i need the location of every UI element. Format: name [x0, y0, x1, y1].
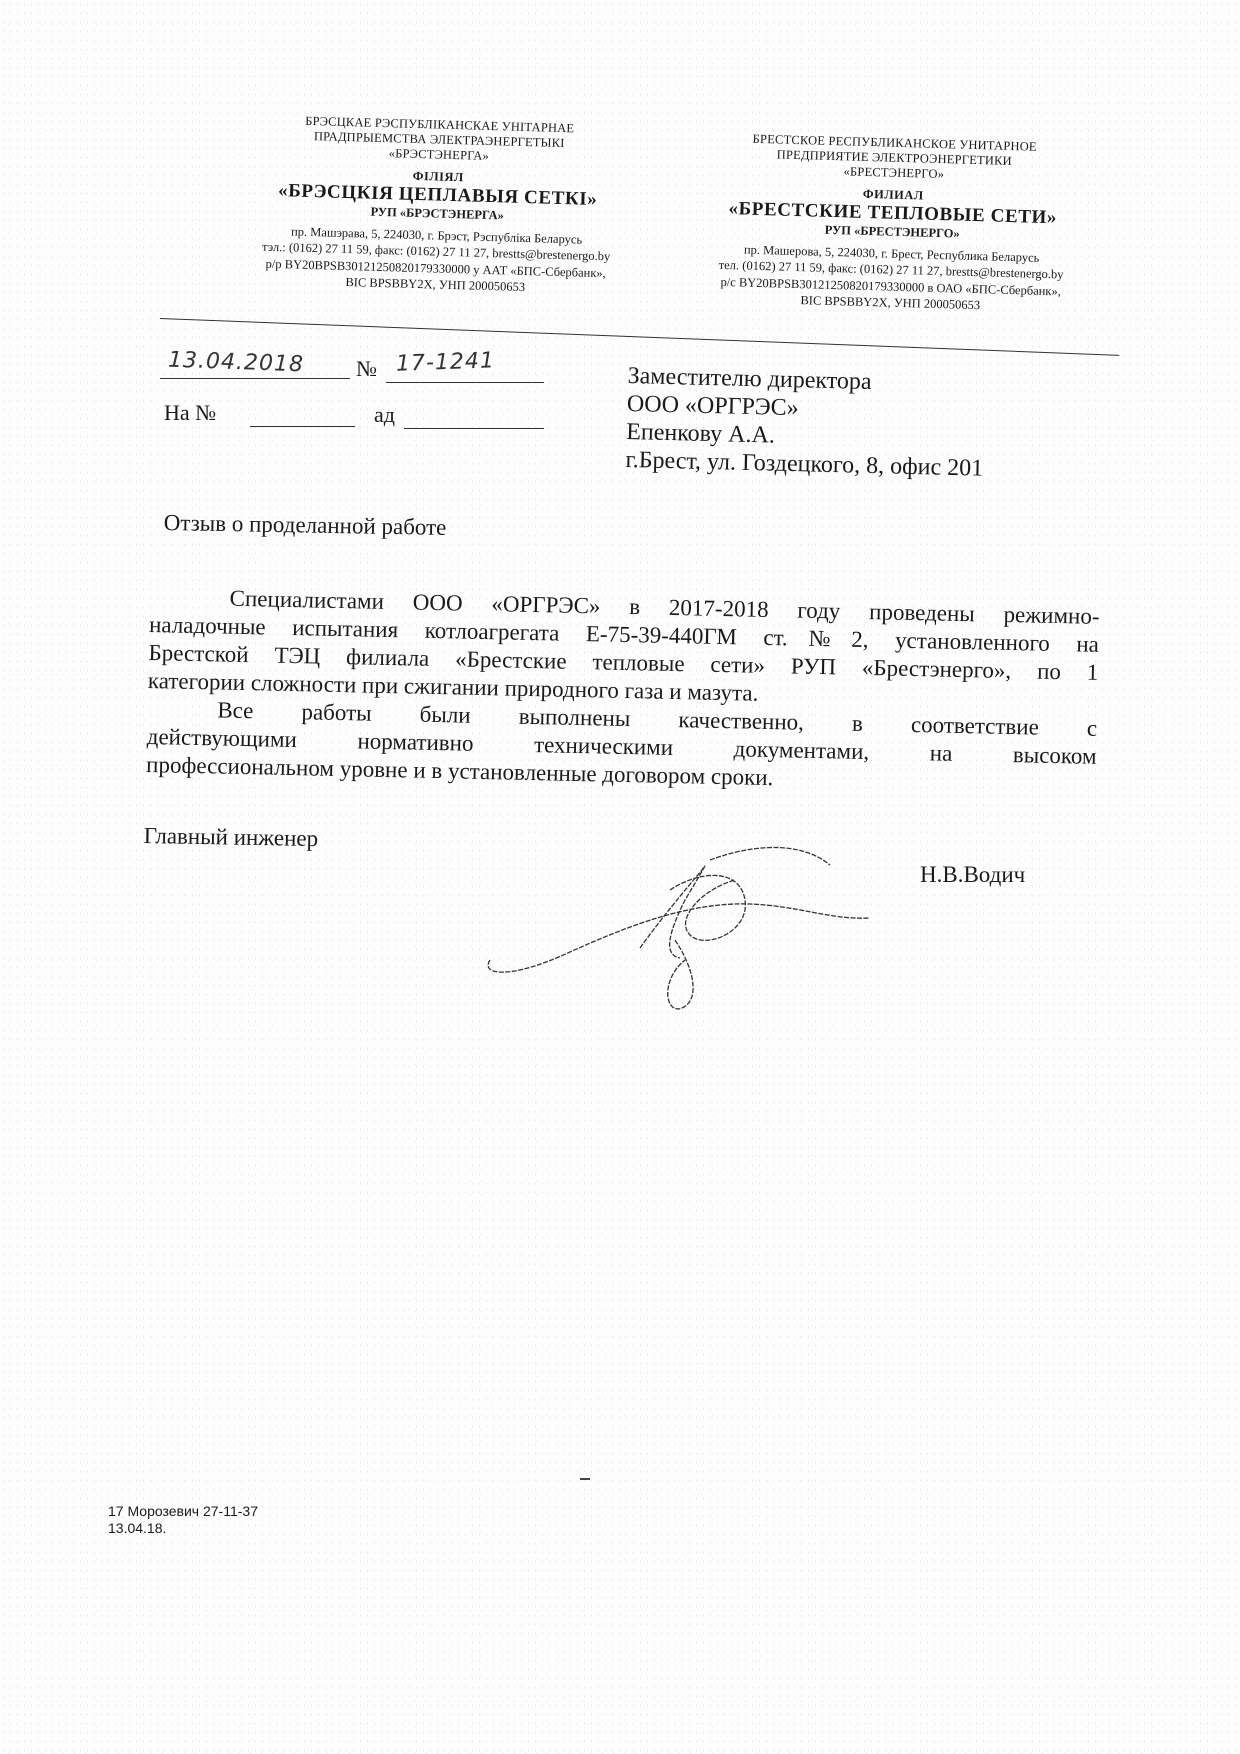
- letter-subject: Отзыв о проделанной работе: [164, 510, 447, 541]
- number-underline: [386, 382, 544, 383]
- paragraph-1: Специалистами ООО «ОРГРЭС» в 2017-2018 г…: [148, 583, 1100, 715]
- date-underline: [160, 378, 350, 379]
- reply-date-underline: [404, 428, 544, 429]
- signatory-position: Главный инженер: [144, 823, 319, 852]
- number-label: №: [356, 356, 377, 382]
- executor-date: 13.04.18.: [108, 1520, 258, 1537]
- registration-block: 13.04.2018 № 17-1241 На № ад: [160, 350, 540, 440]
- executor-info: 17 Морозевич 27-11-37: [108, 1503, 258, 1520]
- reply-number-underline: [250, 426, 355, 427]
- outgoing-date: 13.04.2018: [168, 348, 305, 378]
- outgoing-number: 17-1241: [396, 348, 496, 376]
- letterhead-left: БРЭСЦКАЕ РЭСПУБЛІКАНСКАЕ УНІТАРНАЕ ПРАДП…: [235, 112, 640, 298]
- footer-executor: 17 Морозевич 27-11-37 13.04.18.: [108, 1503, 258, 1537]
- from-label: ад: [374, 402, 395, 428]
- signature-icon: [470, 840, 950, 1020]
- letter-body: Специалистами ООО «ОРГРЭС» в 2017-2018 г…: [146, 583, 1100, 799]
- signatory-name: Н.В.Водич: [920, 862, 1025, 888]
- letterhead-right: БРЕСТСКОЕ РЕСПУБЛИКАНСКОЕ УНИТАРНОЕ ПРЕД…: [685, 130, 1100, 317]
- reply-to-label: На №: [164, 400, 216, 426]
- scan-mark: [580, 1478, 590, 1480]
- addressee-block: Заместителю директора ООО «ОРГРЭС» Епенк…: [625, 362, 985, 483]
